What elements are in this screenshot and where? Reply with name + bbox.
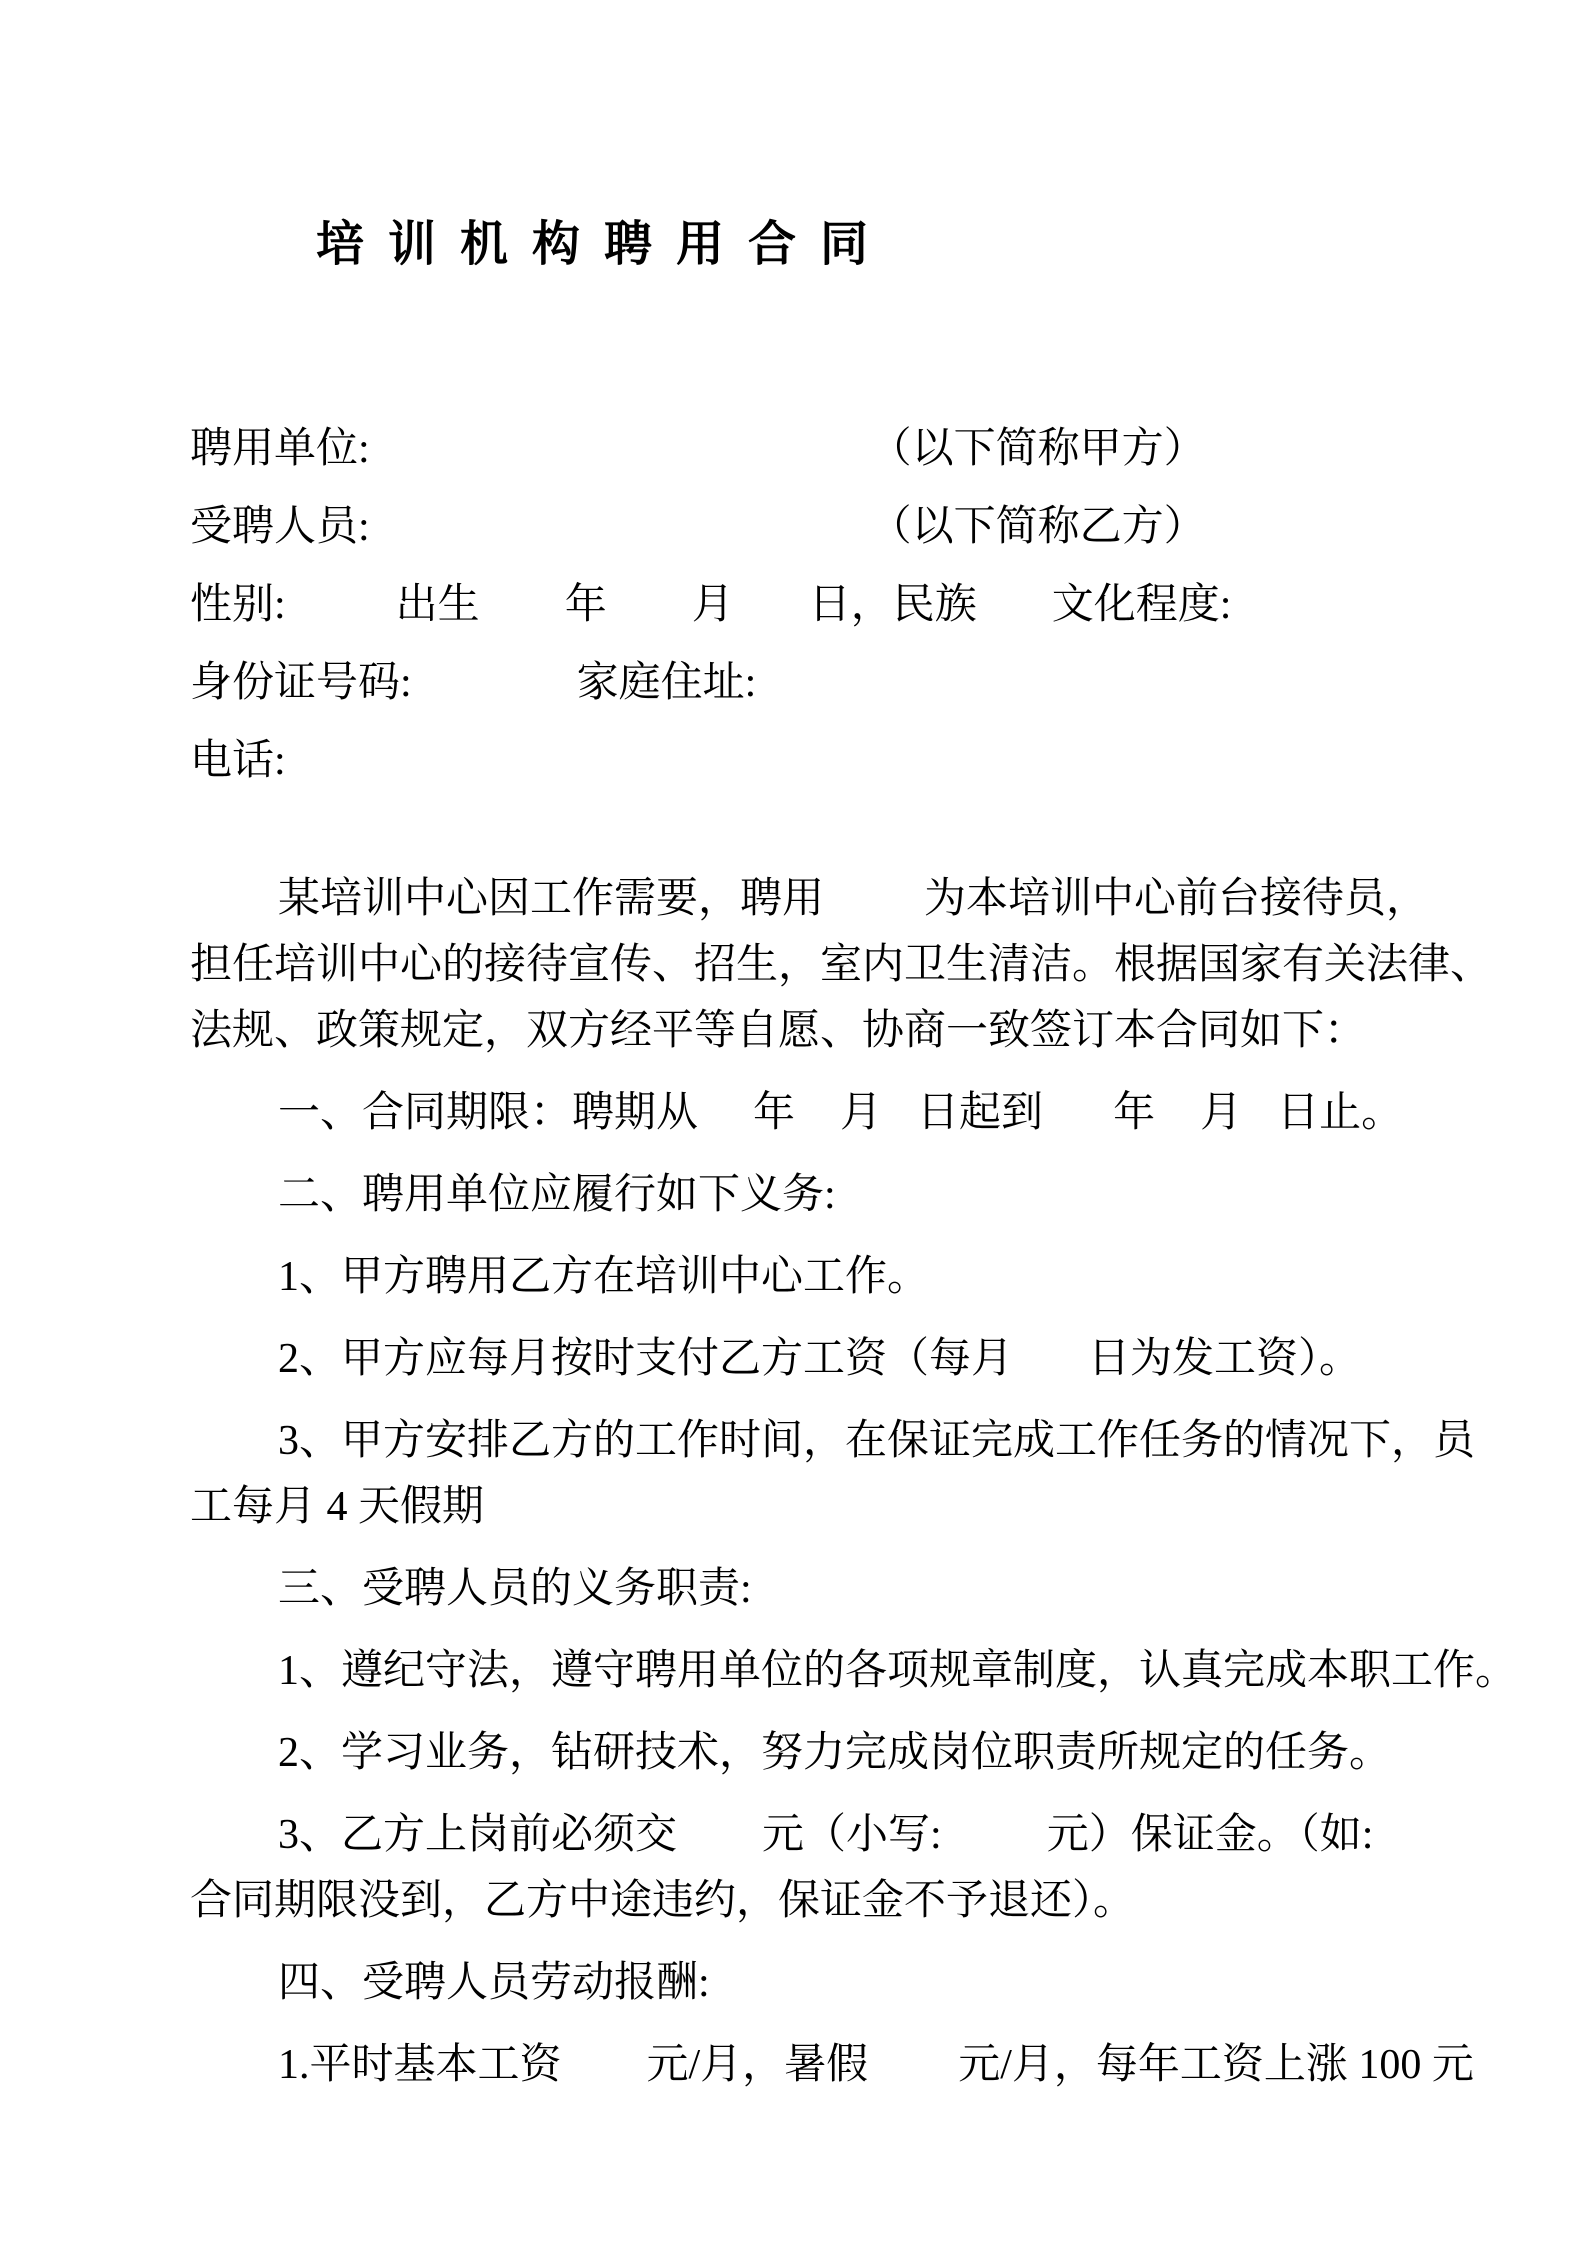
section-4-heading: 四、受聘人员劳动报酬: — [190, 1950, 1476, 2016]
header-fields: 聘用单位:（以下简称甲方） 受聘人员:（以下简称乙方） 性别:出生年月日，民族文… — [190, 410, 1476, 800]
start-year-blank-field — [698, 1125, 753, 1126]
birth-year-label: 年 — [565, 582, 607, 628]
summer-salary-blank-field — [868, 2077, 958, 2078]
term-text: 一、合同期限：聘期从 — [278, 1090, 698, 1136]
section-3-item-1: 1、遵纪守法，遵守聘用单位的各项规章制度，认真完成本职工作。 — [190, 1638, 1476, 1704]
base-salary-blank-field — [562, 2077, 647, 2078]
intro-line-1: 某培训中心因工作需要，聘用为本培训中心前台接待员， — [190, 866, 1476, 932]
document-page: 培 训 机 构 聘 用 合 同 聘用单位:（以下简称甲方） 受聘人员:（以下简称… — [0, 0, 1586, 2244]
end-year-blank-field — [1043, 1125, 1113, 1126]
employer-note: （以下简称甲方） — [870, 426, 1206, 472]
deposit-numeric-blank-field — [942, 1847, 1047, 1848]
section-3-item-3-text-a: 3、乙方上岗前必须交 — [278, 1812, 677, 1858]
birth-month-label: 月 — [692, 582, 734, 628]
intro-text-a: 某培训中心因工作需要，聘用 — [278, 876, 824, 922]
section-2-item-3-line-1: 3、甲方安排乙方的工作时间，在保证完成工作任务的情况下，员 — [190, 1408, 1476, 1474]
section-2-item-3: 3、甲方安排乙方的工作时间，在保证完成工作任务的情况下，员 工每月 4 天假期 — [190, 1408, 1476, 1540]
section-3-item-3-text-b: 元（小写: — [762, 1812, 942, 1858]
ethnic-blank-field — [977, 617, 1052, 618]
section-2-heading-paragraph: 二、聘用单位应履行如下义务: — [190, 1162, 1476, 1228]
payday-blank-field — [1013, 1371, 1088, 1372]
section-2-item-2: 2、甲方应每月按时支付乙方工资（每月日为发工资）。 — [190, 1326, 1476, 1392]
employee-line: 受聘人员:（以下简称乙方） — [190, 488, 1476, 566]
section-4-item-1-line: 1.平时基本工资元/月，暑假元/月，每年工资上涨 100 元 — [190, 2032, 1476, 2098]
end-month-blank-field — [1155, 1125, 1200, 1126]
start-day-label: 日起到 — [917, 1090, 1043, 1136]
section-4-item-1-text-a: 1.平时基本工资 — [278, 2042, 562, 2088]
section-4-item-1: 1.平时基本工资元/月，暑假元/月，每年工资上涨 100 元 — [190, 2032, 1476, 2098]
term-line: 一、合同期限：聘期从年月日起到年月日止。 — [190, 1080, 1476, 1146]
id-number-blank-field — [412, 695, 577, 696]
section-3-heading-paragraph: 三、受聘人员的义务职责: — [190, 1556, 1476, 1622]
gender-blank-field — [286, 617, 396, 618]
intro-line-3: 法规、政策规定，双方经平等自愿、协商一致签订本合同如下： — [190, 998, 1476, 1064]
section-2-item-1-line: 1、甲方聘用乙方在培训中心工作。 — [190, 1244, 1476, 1310]
section-2-item-2-line: 2、甲方应每月按时支付乙方工资（每月日为发工资）。 — [190, 1326, 1476, 1392]
contract-title: 培 训 机 构 聘 用 合 同 — [316, 200, 1476, 290]
employer-line: 聘用单位:（以下简称甲方） — [190, 410, 1476, 488]
end-month-label: 月 — [1200, 1090, 1242, 1136]
section-3-item-1-line: 1、遵纪守法，遵守聘用单位的各项规章制度，认真完成本职工作。 — [190, 1638, 1476, 1704]
section-3-item-3-line-2: 合同期限没到，乙方中途违约，保证金不予退还）。 — [190, 1868, 1476, 1934]
gender-label: 性别: — [190, 582, 286, 628]
employee-label: 受聘人员: — [190, 504, 370, 550]
day-ethnic-label: 日，民族 — [809, 582, 977, 628]
birth-month-blank-field — [607, 617, 692, 618]
section-3-heading: 三、受聘人员的义务职责: — [190, 1556, 1476, 1622]
section-4-item-1-text-b: 元/月，暑假 — [647, 2042, 869, 2088]
intro-paragraph: 某培训中心因工作需要，聘用为本培训中心前台接待员， 担任培训中心的接待宣传、招生… — [190, 866, 1476, 1064]
section-2-item-2-text-b: 日为发工资）。 — [1088, 1336, 1361, 1382]
birth-year-blank-field — [480, 617, 565, 618]
end-year-label: 年 — [1113, 1090, 1155, 1136]
end-day-blank-field — [1242, 1125, 1277, 1126]
section-2-heading: 二、聘用单位应履行如下义务: — [190, 1162, 1476, 1228]
section-2-item-3-line-2: 工每月 4 天假期 — [190, 1474, 1476, 1540]
intro-text-b: 为本培训中心前台接待员， — [924, 876, 1428, 922]
section-2-item-2-text-a: 2、甲方应每月按时支付乙方工资（每月 — [278, 1336, 1013, 1382]
phone-line: 电话: — [190, 722, 1476, 800]
employer-blank-field — [370, 461, 870, 462]
section-4-heading-paragraph: 四、受聘人员劳动报酬: — [190, 1950, 1476, 2016]
gender-birth-line: 性别:出生年月日，民族文化程度: — [190, 566, 1476, 644]
birth-day-blank-field — [734, 617, 809, 618]
section-3-item-2-line: 2、学习业务，钻研技术，努力完成岗位职责所规定的任务。 — [190, 1720, 1476, 1786]
document-content: 培 训 机 构 聘 用 合 同 聘用单位:（以下简称甲方） 受聘人员:（以下简称… — [0, 200, 1586, 2098]
intro-line-2: 担任培训中心的接待宣传、招生，室内卫生清洁。根据国家有关法律、 — [190, 932, 1476, 998]
deposit-amount-blank-field — [677, 1847, 762, 1848]
phone-label: 电话: — [190, 738, 286, 784]
contract-body: 某培训中心因工作需要，聘用为本培训中心前台接待员， 担任培训中心的接待宣传、招生… — [190, 866, 1476, 2098]
section-2-item-1: 1、甲方聘用乙方在培训中心工作。 — [190, 1244, 1476, 1310]
term-paragraph: 一、合同期限：聘期从年月日起到年月日止。 — [190, 1080, 1476, 1146]
employee-blank-field — [370, 539, 870, 540]
start-year-label: 年 — [753, 1090, 795, 1136]
start-month-label: 月 — [840, 1090, 882, 1136]
section-3-item-3-text-c: 元）保证金。（如: — [1047, 1812, 1374, 1858]
employer-label: 聘用单位: — [190, 426, 370, 472]
start-month-blank-field — [795, 1125, 840, 1126]
section-3-item-3-line-1: 3、乙方上岗前必须交元（小写:元）保证金。（如: — [190, 1802, 1476, 1868]
home-address-label: 家庭住址: — [577, 660, 757, 706]
section-3-item-2: 2、学习业务，钻研技术，努力完成岗位职责所规定的任务。 — [190, 1720, 1476, 1786]
education-label: 文化程度: — [1052, 582, 1232, 628]
id-number-label: 身份证号码: — [190, 660, 412, 706]
employee-note: （以下简称乙方） — [870, 504, 1206, 550]
id-address-line: 身份证号码:家庭住址: — [190, 644, 1476, 722]
birth-label: 出生 — [396, 582, 480, 628]
employee-name-blank-field — [824, 911, 924, 912]
end-day-label: 日止。 — [1277, 1090, 1403, 1136]
section-4-item-1-text-c: 元/月，每年工资上涨 100 元 — [958, 2042, 1474, 2088]
start-day-blank-field — [882, 1125, 917, 1126]
section-3-item-3: 3、乙方上岗前必须交元（小写:元）保证金。（如: 合同期限没到，乙方中途违约，保… — [190, 1802, 1476, 1934]
